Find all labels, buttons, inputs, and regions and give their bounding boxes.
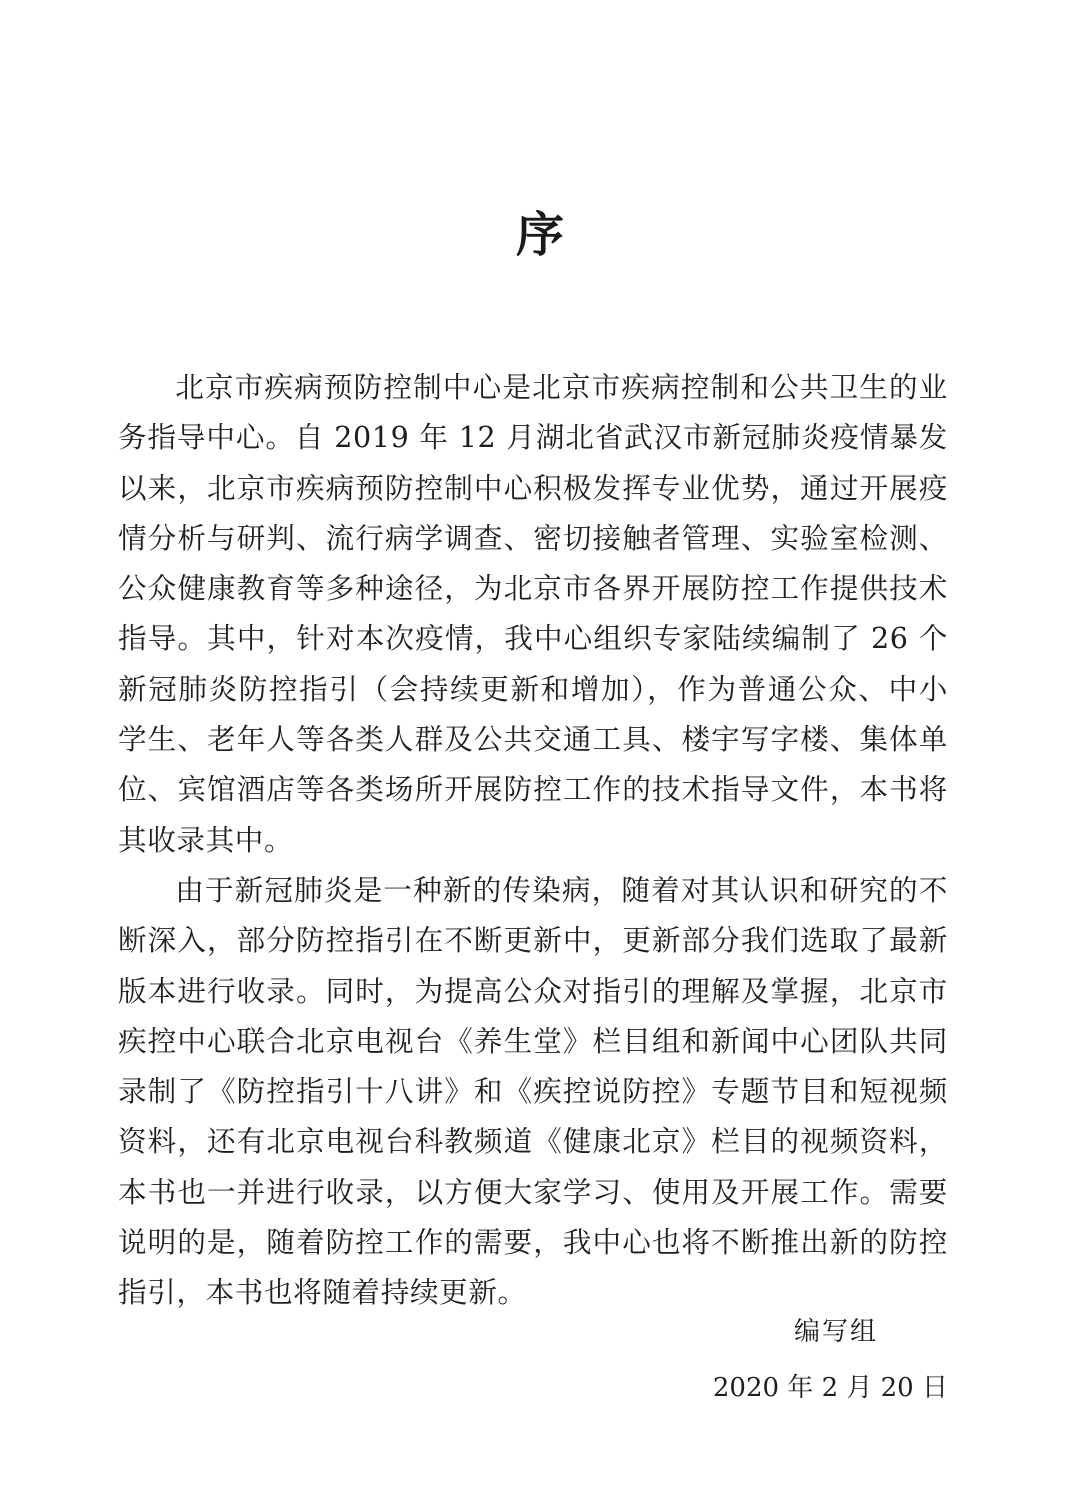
paragraph-2: 由于新冠肺炎是一种新的传染病，随着对其认识和研究的不断深入，部分防控指引在不断更…: [118, 865, 948, 1318]
preface-body: 北京市疾病预防控制中心是北京市疾病控制和公共卫生的业务指导中心。自 2019 年…: [118, 362, 948, 1318]
page-title: 序: [0, 200, 1080, 270]
signature-block: 编写组 2020 年 2 月 20 日: [700, 1312, 948, 1408]
signature-author: 编写组: [700, 1312, 948, 1352]
paragraph-1: 北京市疾病预防控制中心是北京市疾病控制和公共卫生的业务指导中心。自 2019 年…: [118, 362, 948, 865]
signature-date: 2020 年 2 月 20 日: [700, 1368, 948, 1408]
document-page: 序 北京市疾病预防控制中心是北京市疾病控制和公共卫生的业务指导中心。自 2019…: [0, 0, 1080, 1504]
